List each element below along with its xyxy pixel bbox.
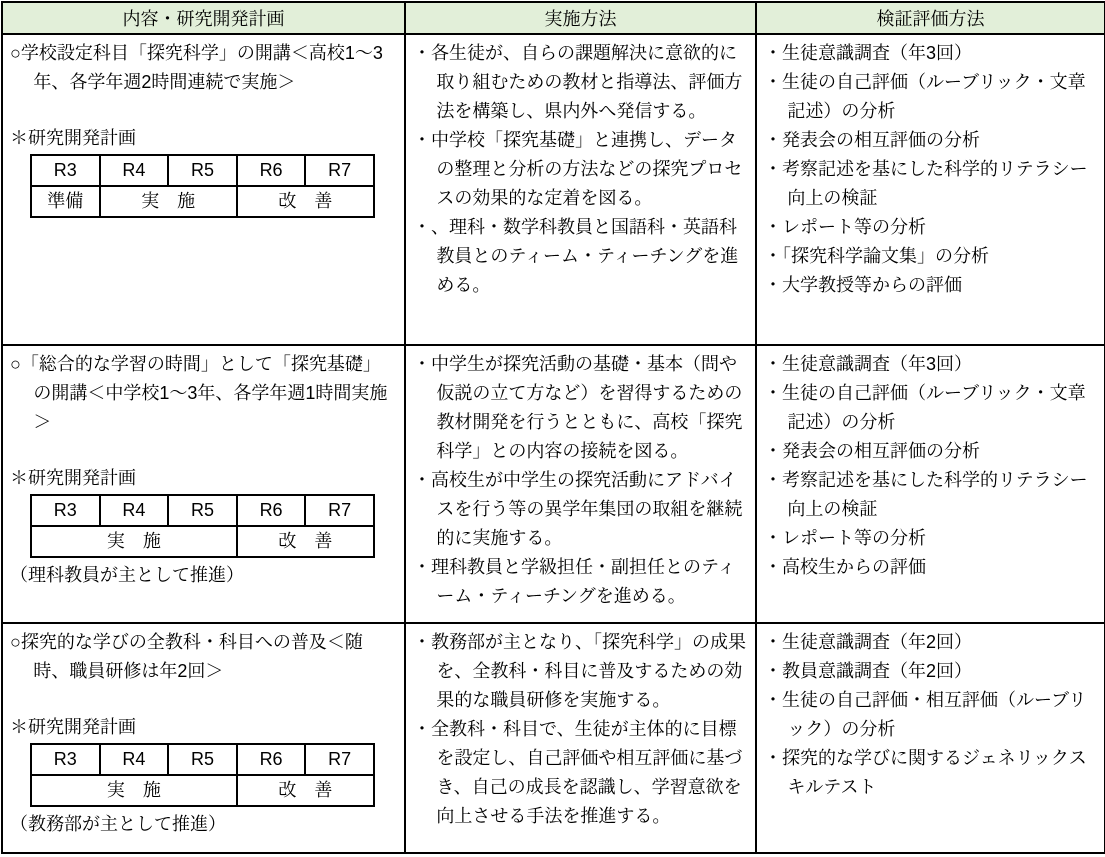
plan-years-row: R3 R4 R5 R6 R7 xyxy=(31,495,374,526)
method-item: ・高校生が中学生の探究活動にアドバイスを行う等の異学年集団の取組を継続的に実施す… xyxy=(413,466,749,553)
plan-label: ＊研究開発計画 xyxy=(10,713,398,742)
plan-year: R7 xyxy=(305,495,374,526)
evaluation-item: ・レポート等の分析 xyxy=(764,524,1098,553)
method-item: ・全教科・科目で、生徒が主体的に目標を設定し、自己評価や相互評価に基づき、自己の… xyxy=(413,715,749,831)
evaluation-item: ・発表会の相互評価の分析 xyxy=(764,126,1098,155)
plan-note: （教務部が主として推進） xyxy=(10,810,398,839)
evaluation-item: ・発表会の相互評価の分析 xyxy=(764,437,1098,466)
implementation-cell: ・教務部が主となり、「探究科学」の成果を、全教科・科目に普及するための効果的な職… xyxy=(405,623,756,853)
plan-phase: 実 施 xyxy=(31,526,237,557)
column-header-implementation: 実施方法 xyxy=(405,2,756,34)
plan-year: R7 xyxy=(305,744,374,775)
document-table: 内容・研究開発計画 実施方法 検証評価方法 ○学校設定科目「探究科学」の開講＜高… xyxy=(1,1,1105,854)
table-row: ○学校設定科目「探究科学」の開講＜高校1～3年、各学年週2時間連続で実施＞ ＊研… xyxy=(2,34,1105,345)
evaluation-item: ・探究的な学びに関するジェネリックスキルテスト xyxy=(764,744,1098,802)
plan-label: ＊研究開発計画 xyxy=(10,464,398,493)
document-page: 内容・研究開発計画 実施方法 検証評価方法 ○学校設定科目「探究科学」の開講＜高… xyxy=(0,0,1105,857)
item-title: ○探究的な学びの全教科・科目への普及＜随時、職員研修は年2回＞ xyxy=(10,628,398,686)
evaluation-item: ・生徒意識調査（年3回） xyxy=(764,350,1098,379)
item-title: ○「総合的な学習の時間」として「探究基礎」の開講＜中学校1～3年、各学年週1時間… xyxy=(10,350,398,437)
table-row: ○「総合的な学習の時間」として「探究基礎」の開講＜中学校1～3年、各学年週1時間… xyxy=(2,345,1105,623)
method-item: ・中学校「探究基礎」と連携し、データの整理と分析の方法などの探究プロセスの効果的… xyxy=(413,126,749,213)
column-header-evaluation: 検証評価方法 xyxy=(756,2,1105,34)
plan-phase: 実 施 xyxy=(100,186,237,217)
plan-schedule-table: R3 R4 R5 R6 R7 実 施 改 善 xyxy=(30,494,375,558)
evaluation-item: ・高校生からの評価 xyxy=(764,553,1098,582)
content-plan-cell: ○学校設定科目「探究科学」の開講＜高校1～3年、各学年週2時間連続で実施＞ ＊研… xyxy=(2,34,405,345)
evaluation-item: ・「探究科学論文集」の分析 xyxy=(764,242,1098,271)
method-item: ・、理科・数学科教員と国語科・英語科教員とのティーム・ティーチングを進める。 xyxy=(413,213,749,300)
method-item: ・理科教員と学級担任・副担任とのティーム・ティーチングを進める。 xyxy=(413,553,749,611)
method-item: ・各生徒が、自らの課題解決に意欲的に取り組むための教材と指導法、評価方法を構築し… xyxy=(413,39,749,126)
plan-phase: 改 善 xyxy=(237,526,374,557)
plan-year: R6 xyxy=(237,155,306,186)
plan-year: R4 xyxy=(100,495,169,526)
plan-year: R5 xyxy=(168,495,237,526)
plan-phase: 改 善 xyxy=(237,775,374,806)
evaluation-cell: ・生徒意識調査（年3回） ・生徒の自己評価（ルーブリック・文章記述）の分析 ・発… xyxy=(756,34,1105,345)
evaluation-item: ・教員意識調査（年2回） xyxy=(764,657,1098,686)
plan-year: R5 xyxy=(168,155,237,186)
plan-year: R5 xyxy=(168,744,237,775)
evaluation-item: ・レポート等の分析 xyxy=(764,213,1098,242)
method-item: ・教務部が主となり、「探究科学」の成果を、全教科・科目に普及するための効果的な職… xyxy=(413,628,749,715)
plan-phase: 準備 xyxy=(31,186,100,217)
content-plan-cell: ○「総合的な学習の時間」として「探究基礎」の開講＜中学校1～3年、各学年週1時間… xyxy=(2,345,405,623)
plan-years-row: R3 R4 R5 R6 R7 xyxy=(31,744,374,775)
plan-year: R3 xyxy=(31,155,100,186)
plan-phases-row: 準備 実 施 改 善 xyxy=(31,186,374,217)
method-item: ・中学生が探究活動の基礎・基本（問や仮説の立て方など）を習得するための教材開発を… xyxy=(413,350,749,466)
content-plan-cell: ○探究的な学びの全教科・科目への普及＜随時、職員研修は年2回＞ ＊研究開発計画 … xyxy=(2,623,405,853)
evaluation-cell: ・生徒意識調査（年3回） ・生徒の自己評価（ルーブリック・文章記述）の分析 ・発… xyxy=(756,345,1105,623)
plan-year: R3 xyxy=(31,744,100,775)
evaluation-item: ・生徒意識調査（年2回） xyxy=(764,628,1098,657)
plan-year: R7 xyxy=(305,155,374,186)
plan-years-row: R3 R4 R5 R6 R7 xyxy=(31,155,374,186)
plan-phases-row: 実 施 改 善 xyxy=(31,526,374,557)
evaluation-item: ・考察記述を基にした科学的リテラシー向上の検証 xyxy=(764,466,1098,524)
plan-year: R3 xyxy=(31,495,100,526)
plan-phases-row: 実 施 改 善 xyxy=(31,775,374,806)
evaluation-cell: ・生徒意識調査（年2回） ・教員意識調査（年2回） ・生徒の自己評価・相互評価（… xyxy=(756,623,1105,853)
evaluation-item: ・生徒の自己評価（ルーブリック・文章記述）の分析 xyxy=(764,379,1098,437)
plan-year: R6 xyxy=(237,744,306,775)
plan-note: （理科教員が主として推進） xyxy=(10,561,398,590)
implementation-cell: ・中学生が探究活動の基礎・基本（問や仮説の立て方など）を習得するための教材開発を… xyxy=(405,345,756,623)
evaluation-item: ・考察記述を基にした科学的リテラシー向上の検証 xyxy=(764,155,1098,213)
implementation-cell: ・各生徒が、自らの課題解決に意欲的に取り組むための教材と指導法、評価方法を構築し… xyxy=(405,34,756,345)
evaluation-item: ・生徒の自己評価（ルーブリック・文章記述）の分析 xyxy=(764,68,1098,126)
plan-schedule-table: R3 R4 R5 R6 R7 実 施 改 善 xyxy=(30,743,375,807)
evaluation-item: ・大学教授等からの評価 xyxy=(764,271,1098,300)
plan-schedule-table: R3 R4 R5 R6 R7 準備 実 施 改 善 xyxy=(30,154,375,218)
plan-label: ＊研究開発計画 xyxy=(10,124,398,153)
table-row: ○探究的な学びの全教科・科目への普及＜随時、職員研修は年2回＞ ＊研究開発計画 … xyxy=(2,623,1105,853)
plan-year: R4 xyxy=(100,744,169,775)
plan-year: R6 xyxy=(237,495,306,526)
evaluation-item: ・生徒の自己評価・相互評価（ルーブリック）の分析 xyxy=(764,686,1098,744)
header-row: 内容・研究開発計画 実施方法 検証評価方法 xyxy=(2,2,1105,34)
item-title: ○学校設定科目「探究科学」の開講＜高校1～3年、各学年週2時間連続で実施＞ xyxy=(10,39,398,97)
plan-phase: 実 施 xyxy=(31,775,237,806)
plan-year: R4 xyxy=(100,155,169,186)
plan-phase: 改 善 xyxy=(237,186,374,217)
evaluation-item: ・生徒意識調査（年3回） xyxy=(764,39,1098,68)
column-header-content-plan: 内容・研究開発計画 xyxy=(2,2,405,34)
